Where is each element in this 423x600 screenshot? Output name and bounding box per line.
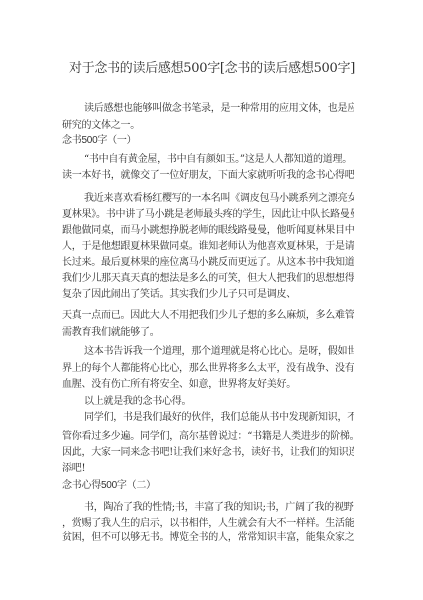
paragraph-line: 因此，大家一同来念书吧!让我们来好念书，读好书，让我们的知识连续增 <box>62 446 354 460</box>
paragraph-line: 书，陶冶了我的性情;书，丰富了我的知识;书，广阔了我的视野;书 <box>84 501 354 515</box>
paragraph-line: 界上的每个人都能将心比心，那么世界将多么太平，没有战争、没有 <box>62 362 354 376</box>
paragraph-line: 读一本好书，就像交了一位好朋友，下面大家就听听我的念书心得吧。 <box>62 169 354 183</box>
paragraph-line: 复杂了因此闹出了笑话。其实我们少儿子只可是调皮、 <box>62 288 354 302</box>
paragraph-line: 跟他做同桌，而马小跳想挣脱老师的眼线路曼曼，他听闻夏林果目中无 <box>62 224 354 238</box>
document-page: 对于念书的读后感想500字[念书的读后感想500字] 读后感想也能够叫做念书笔录… <box>0 0 423 600</box>
paragraph-line: 添吧! <box>62 462 354 476</box>
paragraph-line: 这本书告诉我一个道理，那个道理就是将心比心。是呀，假如世 <box>84 345 354 359</box>
paragraph-line: 天真一点而已。因此大人不用把我们少儿子想的多么麻烦，多么难管，只 <box>62 309 354 323</box>
paragraph-line: 读后感想也能够叫做念书笔录，是一种常用的应用文体，也是应用 <box>84 102 354 116</box>
paragraph-line: “书中自有黄金屋，书中自有颜如玉。”这是人人都知道的道理。 <box>84 153 354 167</box>
document-title: 对于念书的读后感想500字[念书的读后感想500字] <box>62 60 362 78</box>
paragraph-line: 贫困，但不可以够无书。博览全书的人，常常知识丰富，能集众家之所 <box>62 531 354 545</box>
paragraph-line: 长过来。最后夏林果的座位离马小跳反而更远了。从这本书中我知道了 <box>62 256 354 270</box>
paragraph-line: 以上就是我的念书心得。 <box>84 395 354 409</box>
section-heading: 念书500字（一） <box>62 134 354 148</box>
paragraph-line: 我们少儿那天真天真的想法是多么的可笑，但大人把我们的思想想得太 <box>62 272 354 286</box>
section-heading: 念书心得500字（二） <box>62 479 354 493</box>
paragraph-line: 夏林果》。书中讲了马小跳是老师最头疼的学生，因此让中队长路曼曼 <box>62 208 354 222</box>
paragraph-line: 同学们，书是我们最好的伙伴，我们总能从书中发现新知识，不 <box>84 411 354 425</box>
paragraph-line: 研究的文体之一。 <box>62 119 354 133</box>
paragraph-line: 人，于是他想跟夏林果做同桌。谁知老师认为他喜欢夏林果，于是请家 <box>62 240 354 254</box>
paragraph-line: 我近来喜欢看杨红樱写的一本名叫《调皮包马小跳系列之漂亮女孩 <box>84 192 354 206</box>
paragraph-line: 需教育我们就能够了。 <box>62 326 354 340</box>
paragraph-line: 管你看过多少遍。同学们，高尔基曾说过：“书籍是人类进步的阶梯。” <box>62 430 354 444</box>
paragraph-line: 血腥、没有伤亡所有将安全、如意，世界将友好美好。 <box>62 378 354 392</box>
paragraph-line: ，赏赐了我人生的启示，以书相伴，人生就会有大不一样样。生活能够 <box>62 517 354 531</box>
